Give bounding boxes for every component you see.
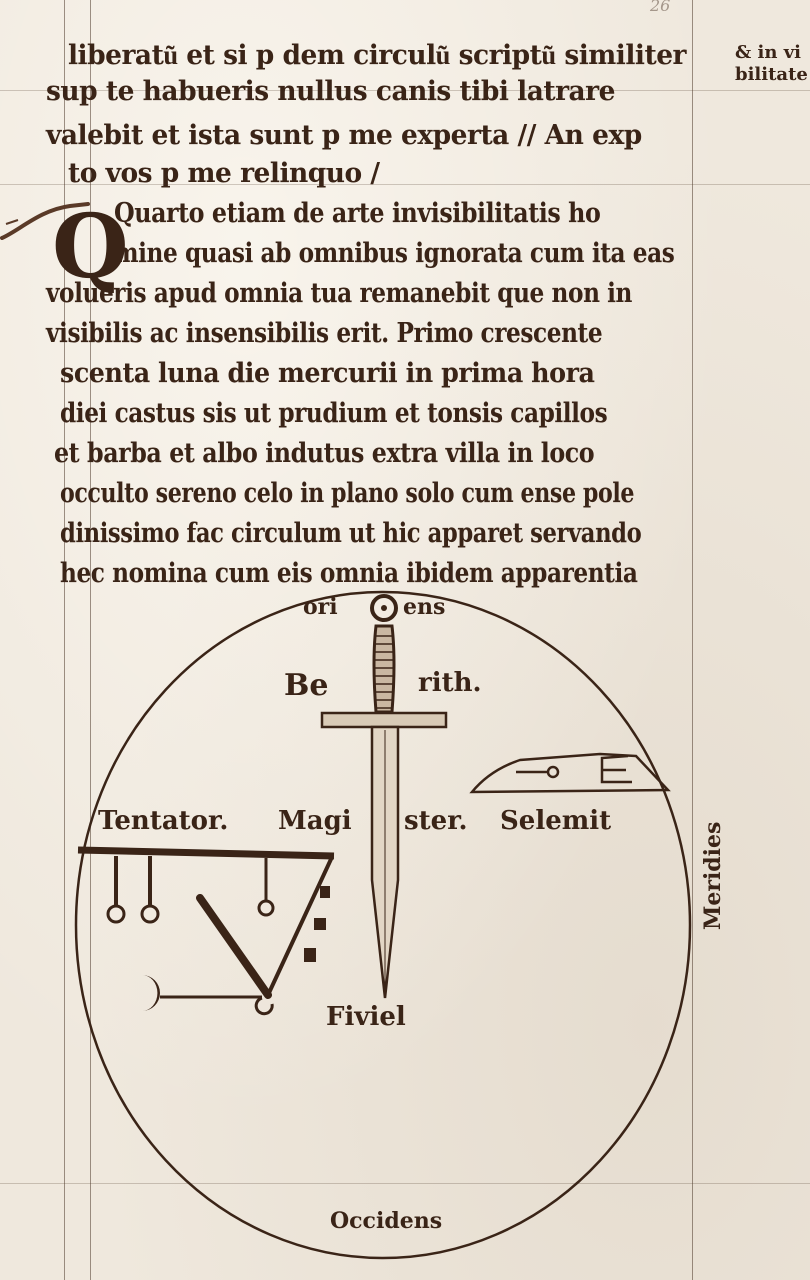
label-name-tentator: Tentator. [98, 806, 228, 836]
label-name-selemit: Selemit [500, 806, 611, 836]
label-east-left: ori [303, 594, 338, 620]
magic-circle-diagram [0, 0, 810, 1280]
knife-icon [472, 754, 668, 792]
v-sigil-icon [160, 898, 272, 1014]
label-east-right: ens [403, 594, 445, 620]
label-south: Meridies [700, 822, 726, 930]
crescent-moon-icon [142, 975, 160, 1011]
hanging-rings-square-icon [78, 850, 334, 995]
label-name-berith-left: Be [284, 668, 328, 703]
sword-icon [322, 596, 446, 998]
label-name-berith-right: rith. [418, 668, 482, 698]
label-name-magi: Magi [278, 806, 352, 836]
label-name-fiviel: Fiviel [326, 1002, 406, 1032]
label-name-ster: ster. [404, 806, 468, 836]
manuscript-page: 26 liberatu͂ et si p dem circulu͂ script… [0, 0, 810, 1280]
label-west: Occidens [330, 1208, 442, 1234]
